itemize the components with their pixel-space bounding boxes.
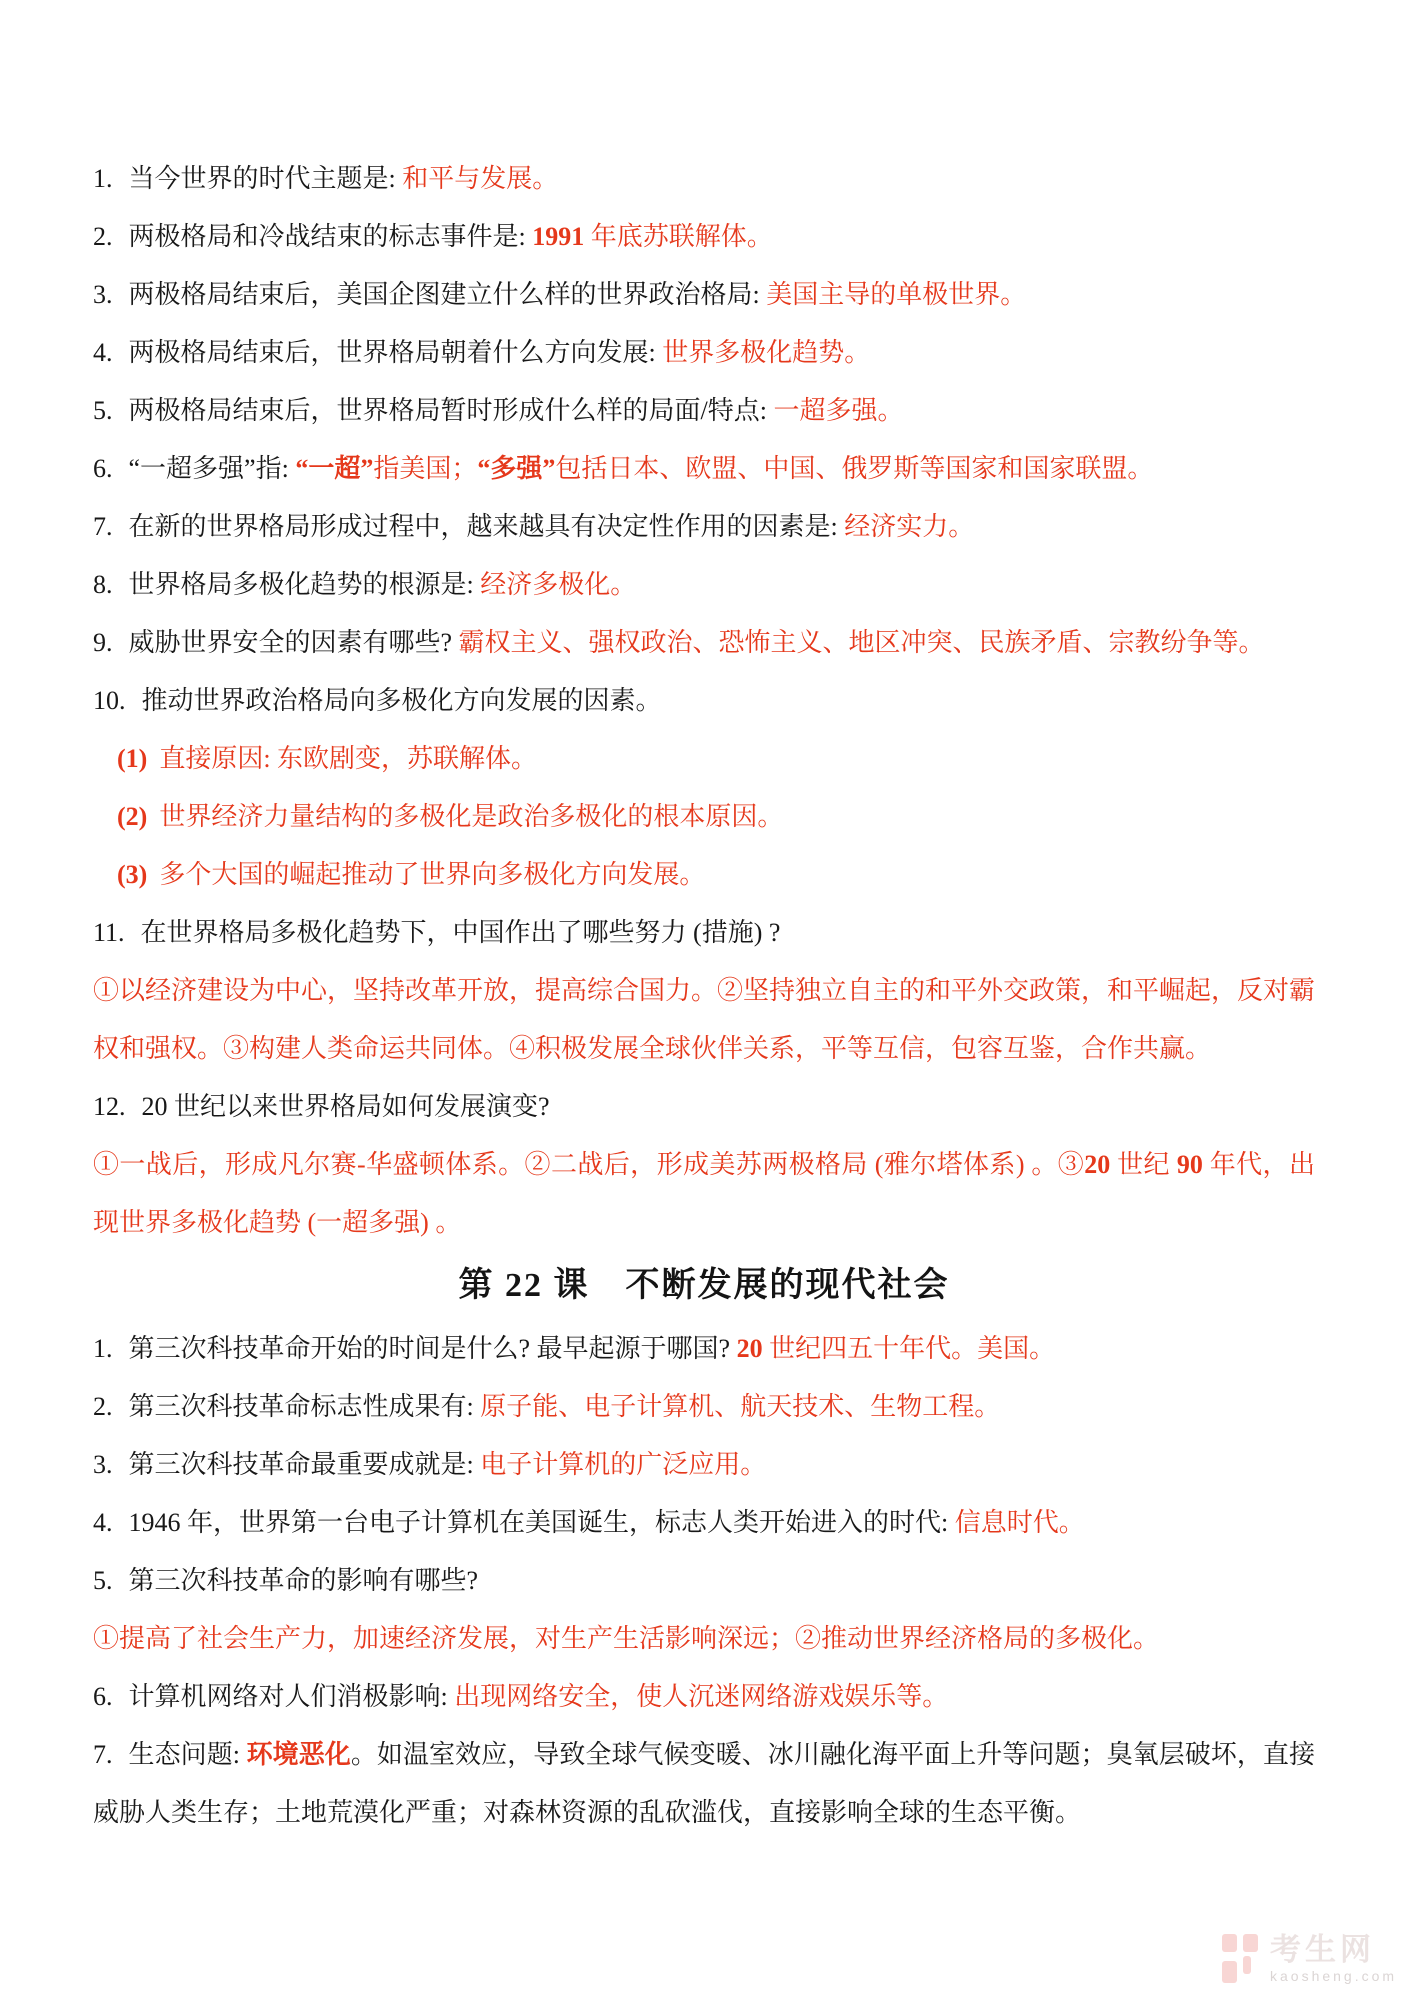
text-segment: 两极格局结束后，世界格局朝着什么方向发展:	[129, 338, 663, 367]
list-item: 4.两极格局结束后，世界格局朝着什么方向发展: 世界多极化趋势。	[93, 324, 1315, 382]
list-item: 11.在世界格局多极化趋势下，中国作出了哪些努力 (措施) ?	[93, 904, 1315, 962]
list-item: 6.“一超多强”指: “一超”指美国；“多强”包括日本、欧盟、中国、俄罗斯等国家…	[93, 440, 1315, 498]
item-marker: 5.	[93, 396, 113, 425]
text-segment: “多强”	[477, 454, 555, 483]
list-item: 1.第三次科技革命开始的时间是什么? 最早起源于哪国? 20 世纪四五十年代。美…	[93, 1320, 1315, 1378]
text-segment: 指美国；	[373, 454, 477, 483]
item-marker: 2.	[93, 1392, 113, 1421]
text-segment: 两极格局结束后，世界格局暂时形成什么样的局面/特点:	[129, 396, 774, 425]
list-item: 2.两极格局和冷战结束的标志事件是: 1991 年底苏联解体。	[93, 208, 1315, 266]
list-item: 5.两极格局结束后，世界格局暂时形成什么样的局面/特点: 一超多强。	[93, 382, 1315, 440]
kaosheng-logo-icon	[1222, 1934, 1260, 1984]
answer-paragraph: ①一战后，形成凡尔赛-华盛顿体系。②二战后，形成美苏两极格局 (雅尔塔体系) 。…	[93, 1136, 1315, 1252]
text-segment: 一超多强。	[773, 396, 903, 425]
item-marker: 8.	[93, 570, 113, 599]
text-segment: 世界多极化趋势。	[662, 338, 870, 367]
list-item: 5.第三次科技革命的影响有哪些?	[93, 1552, 1315, 1610]
text-segment: 年底苏联解体。	[584, 222, 773, 251]
item-marker: 12.	[93, 1092, 126, 1121]
item-marker: 7.	[93, 1740, 113, 1769]
list-item: (3)多个大国的崛起推动了世界向多极化方向发展。	[93, 846, 1315, 904]
text-segment: 在新的世界格局形成过程中，越来越具有决定性作用的因素是:	[129, 512, 845, 541]
kaosheng-watermark: 考生网 kaosheng.com	[1222, 1934, 1397, 1984]
item-marker: 11.	[93, 918, 125, 947]
text-segment: 第三次科技革命标志性成果有:	[129, 1392, 481, 1421]
text-segment: 第三次科技革命最重要成就是:	[129, 1450, 481, 1479]
list-item: 3.两极格局结束后，美国企图建立什么样的世界政治格局: 美国主导的单极世界。	[93, 266, 1315, 324]
text-segment: “一超”	[295, 454, 373, 483]
list-item: 7.生态问题: 环境恶化。如温室效应，导致全球气候变暖、冰川融化海平面上升等问题…	[93, 1726, 1315, 1842]
page: { "page": { "background": "#ffffff", "te…	[0, 0, 1406, 2002]
text-segment: 世界格局多极化趋势的根源是:	[129, 570, 481, 599]
text-segment: 90	[1177, 1150, 1203, 1179]
item-marker: 4.	[93, 1508, 113, 1537]
item-marker: 7.	[93, 512, 113, 541]
item-marker: (1)	[117, 744, 147, 773]
text-segment: 直接原因: 东欧剧变，苏联解体。	[159, 744, 537, 773]
text-segment: 世纪	[1110, 1150, 1177, 1179]
text-segment: 电子计算机的广泛应用。	[480, 1450, 766, 1479]
text-segment: 推动世界政治格局向多极化方向发展的因素。	[142, 686, 662, 715]
section: 第 22 课 不断发展的现代社会1.第三次科技革命开始的时间是什么? 最早起源于…	[93, 1252, 1315, 1842]
watermark-brand: 考生网	[1270, 1934, 1397, 1966]
text-segment: 多个大国的崛起推动了世界向多极化方向发展。	[159, 860, 705, 889]
item-marker: 4.	[93, 338, 113, 367]
text-segment: 和平与发展。	[402, 164, 558, 193]
list-item: 9.威胁世界安全的因素有哪些? 霸权主义、强权政治、恐怖主义、地区冲突、民族矛盾…	[93, 614, 1315, 672]
item-marker: (2)	[117, 802, 147, 831]
list-item: 4.1946 年，世界第一台电子计算机在美国诞生，标志人类开始进入的时代: 信息…	[93, 1494, 1315, 1552]
list-item: 3.第三次科技革命最重要成就是: 电子计算机的广泛应用。	[93, 1436, 1315, 1494]
item-marker: 2.	[93, 222, 113, 251]
lesson-heading: 第 22 课 不断发展的现代社会	[93, 1252, 1315, 1320]
watermark-domain: kaosheng.com	[1270, 1968, 1397, 1984]
item-marker: 1.	[93, 164, 113, 193]
text-segment: 两极格局结束后，美国企图建立什么样的世界政治格局:	[129, 280, 767, 309]
list-item: 7.在新的世界格局形成过程中，越来越具有决定性作用的因素是: 经济实力。	[93, 498, 1315, 556]
text-segment: 世界经济力量结构的多极化是政治多极化的根本原因。	[159, 802, 783, 831]
text-segment: “一超多强”指:	[129, 454, 296, 483]
item-marker: 3.	[93, 280, 113, 309]
text-segment: ①以经济建设为中心，坚持改革开放，提高综合国力。②坚持独立自主的和平外交政策，和…	[93, 976, 1315, 1063]
item-marker: 9.	[93, 628, 113, 657]
list-item: (1)直接原因: 东欧剧变，苏联解体。	[93, 730, 1315, 788]
text-segment: 计算机网络对人们消极影响:	[129, 1682, 455, 1711]
text-segment: 1991	[532, 222, 584, 251]
text-segment: 美国主导的单极世界。	[766, 280, 1026, 309]
text-segment: 世纪四五十年代。美国。	[763, 1334, 1056, 1363]
watermark-text: 考生网 kaosheng.com	[1270, 1934, 1397, 1984]
document-body: 1.当今世界的时代主题是: 和平与发展。2.两极格局和冷战结束的标志事件是: 1…	[93, 150, 1315, 1842]
text-segment: 两极格局和冷战结束的标志事件是:	[129, 222, 533, 251]
item-marker: 10.	[93, 686, 126, 715]
text-segment: 环境恶化	[247, 1740, 351, 1769]
item-marker: 6.	[93, 454, 113, 483]
list-item: (2)世界经济力量结构的多极化是政治多极化的根本原因。	[93, 788, 1315, 846]
answer-paragraph: ①以经济建设为中心，坚持改革开放，提高综合国力。②坚持独立自主的和平外交政策，和…	[93, 962, 1315, 1078]
text-segment: 第三次科技革命开始的时间是什么? 最早起源于哪国?	[129, 1334, 737, 1363]
text-segment: 信息时代。	[955, 1508, 1085, 1537]
item-marker: (3)	[117, 860, 147, 889]
text-segment: ①一战后，形成凡尔赛-华盛顿体系。②二战后，形成美苏两极格局 (雅尔塔体系) 。…	[93, 1150, 1084, 1179]
text-segment: 霸权主义、强权政治、恐怖主义、地区冲突、民族矛盾、宗教纷争等。	[459, 628, 1265, 657]
item-marker: 1.	[93, 1334, 113, 1363]
list-item: 2.第三次科技革命标志性成果有: 原子能、电子计算机、航天技术、生物工程。	[93, 1378, 1315, 1436]
list-item: 12.20 世纪以来世界格局如何发展演变?	[93, 1078, 1315, 1136]
text-segment: 1946 年，世界第一台电子计算机在美国诞生，标志人类开始进入的时代:	[129, 1508, 955, 1537]
item-marker: 3.	[93, 1450, 113, 1479]
text-segment: 原子能、电子计算机、航天技术、生物工程。	[480, 1392, 1000, 1421]
answer-paragraph: ①提高了社会生产力，加速经济发展，对生产生活影响深远；②推动世界经济格局的多极化…	[93, 1610, 1315, 1668]
text-segment: 生态问题:	[129, 1740, 247, 1769]
list-item: 1.当今世界的时代主题是: 和平与发展。	[93, 150, 1315, 208]
item-marker: 6.	[93, 1682, 113, 1711]
text-segment: 在世界格局多极化趋势下，中国作出了哪些努力 (措施) ?	[141, 918, 781, 947]
text-segment: 出现网络安全，使人沉迷网络游戏娱乐等。	[454, 1682, 948, 1711]
text-segment: 20	[737, 1334, 763, 1363]
text-segment: 20	[1084, 1150, 1110, 1179]
list-item: 6.计算机网络对人们消极影响: 出现网络安全，使人沉迷网络游戏娱乐等。	[93, 1668, 1315, 1726]
text-segment: 当今世界的时代主题是:	[129, 164, 403, 193]
item-marker: 5.	[93, 1566, 113, 1595]
text-segment: 经济实力。	[844, 512, 974, 541]
text-segment: 20 世纪以来世界格局如何发展演变?	[142, 1092, 550, 1121]
text-segment: 第三次科技革命的影响有哪些?	[129, 1566, 479, 1595]
text-segment: 包括日本、欧盟、中国、俄罗斯等国家和国家联盟。	[555, 454, 1153, 483]
text-segment: 威胁世界安全的因素有哪些?	[129, 628, 459, 657]
list-item: 8.世界格局多极化趋势的根源是: 经济多极化。	[93, 556, 1315, 614]
section: 1.当今世界的时代主题是: 和平与发展。2.两极格局和冷战结束的标志事件是: 1…	[93, 150, 1315, 1252]
text-segment: 经济多极化。	[480, 570, 636, 599]
text-segment: ①提高了社会生产力，加速经济发展，对生产生活影响深远；②推动世界经济格局的多极化…	[93, 1624, 1159, 1653]
list-item: 10.推动世界政治格局向多极化方向发展的因素。	[93, 672, 1315, 730]
